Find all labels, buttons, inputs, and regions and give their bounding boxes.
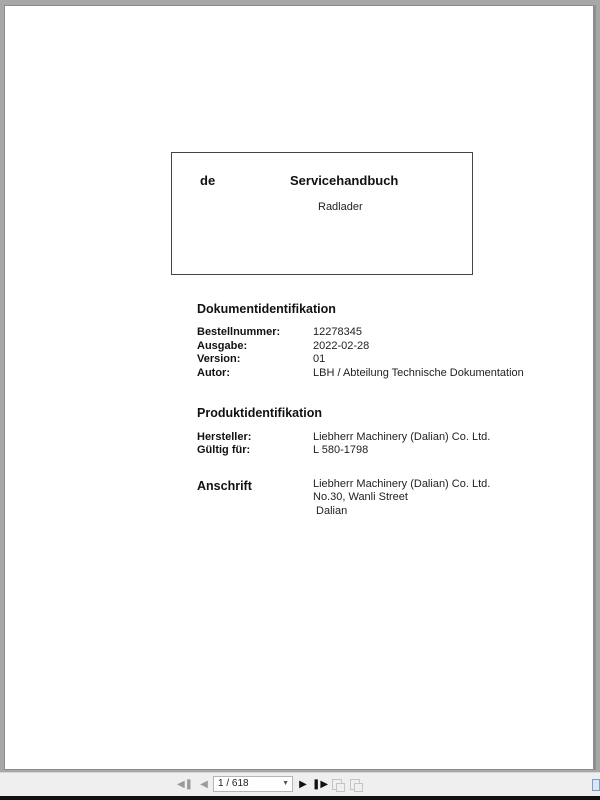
section-heading-document-identification: Dokumentidentifikation (197, 302, 336, 316)
page-number-select[interactable]: 1 / 618 ▼ (213, 776, 293, 792)
sidebar-panel-icon[interactable] (592, 779, 600, 791)
next-page-icon[interactable]: ▶ (296, 778, 310, 792)
address-line: Liebherr Machinery (Dalian) Co. Ltd. (313, 478, 490, 490)
field-label: Autor: (197, 367, 230, 379)
address-line: No.30, Wanli Street (313, 491, 408, 503)
field-label: Gültig für: (197, 444, 250, 456)
field-label: Bestellnummer: (197, 326, 280, 338)
pdf-page: de Servicehandbuch Radlader Dokumentiden… (4, 5, 594, 770)
single-page-icon[interactable] (332, 779, 342, 790)
field-value: 12278345 (313, 326, 362, 338)
page-indicator: 1 / 618 (218, 778, 249, 789)
section-heading-product-identification: Produktidentifikation (197, 406, 322, 420)
title-box: de Servicehandbuch Radlader (171, 152, 473, 275)
document-viewport[interactable]: de Servicehandbuch Radlader Dokumentiden… (0, 0, 600, 772)
document-title: Servicehandbuch (290, 173, 398, 188)
section-heading-address: Anschrift (197, 479, 252, 493)
skip-first-icon[interactable]: ◀❚ (178, 778, 192, 792)
field-value: 2022-02-28 (313, 340, 369, 352)
skip-last-icon[interactable]: ❚▶ (313, 778, 327, 792)
document-subtitle: Radlader (318, 201, 363, 213)
field-label: Version: (197, 353, 240, 365)
field-value: L 580-1798 (313, 444, 368, 456)
field-label: Ausgabe: (197, 340, 247, 352)
page-navigation-toolbar: ◀❚ ◀ 1 / 618 ▼ ▶ ❚▶ (0, 772, 600, 797)
prev-page-icon[interactable]: ◀ (197, 778, 211, 792)
field-value: Liebherr Machinery (Dalian) Co. Ltd. (313, 431, 490, 443)
field-value: 01 (313, 353, 325, 365)
chevron-down-icon: ▼ (282, 777, 289, 791)
field-value: LBH / Abteilung Technische Dokumentation (313, 367, 524, 379)
window-bottom-edge (0, 796, 600, 800)
field-label: Hersteller: (197, 431, 251, 443)
language-code: de (200, 173, 215, 188)
two-page-icon[interactable] (350, 779, 360, 790)
address-line: Dalian (313, 505, 347, 517)
